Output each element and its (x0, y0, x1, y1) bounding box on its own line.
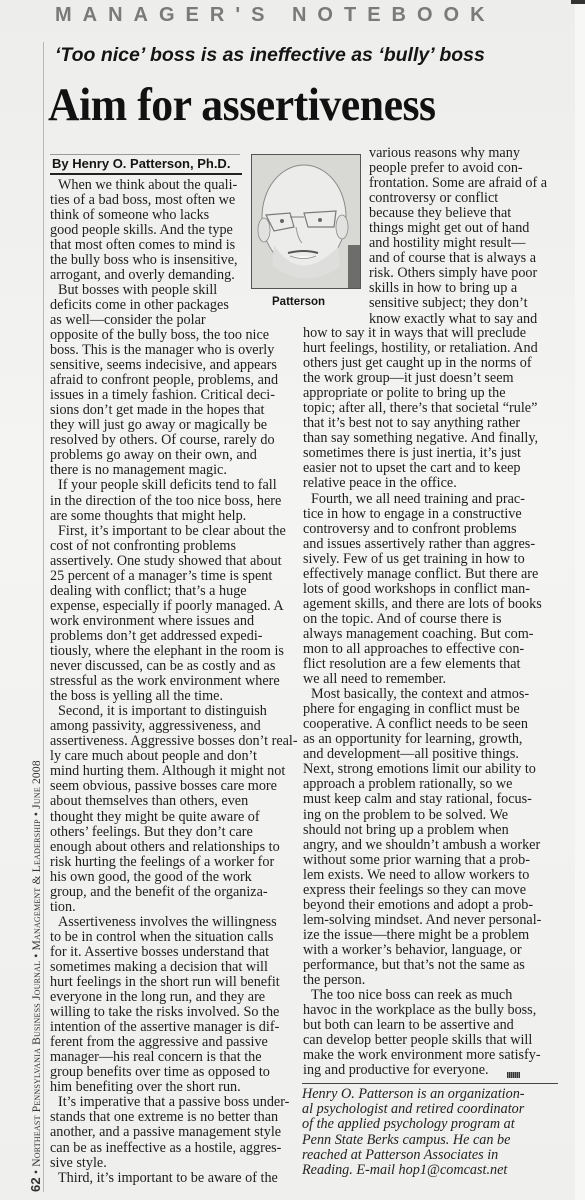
article-line: approach a problem rationally, so we (303, 777, 578, 792)
folio-separator: • (31, 950, 43, 957)
end-of-story-icon (507, 1072, 520, 1078)
article-line: work environment where issues and (50, 614, 300, 629)
article-line: good people skills. And the type (50, 223, 250, 238)
article-line: opposite of the bully boss, the too nice (50, 328, 300, 343)
article-line: because they believe that (369, 206, 579, 221)
article-line: another, and a passive management style (50, 1125, 300, 1140)
article-line: agement skills, and there are lots of bo… (303, 597, 578, 612)
page-folio: 62 • Northeast Pennsylvania Business Jou… (28, 760, 43, 1192)
article-line: sions don’t get made in the hopes that (50, 403, 300, 418)
article-line: Next, strong emotions limit our ability … (303, 762, 578, 777)
article-line: skills in how to bring up a (369, 281, 579, 296)
article-line: First, it’s important to be clear about … (50, 524, 300, 539)
bio-line: Henry O. Patterson is an organization- (302, 1087, 562, 1102)
bio-divider (302, 1083, 558, 1084)
article-line: havoc in the workplace as the bully boss… (303, 1003, 578, 1018)
article-line: cost of not confronting problems (50, 539, 300, 554)
article-line: willing to take the risks involved. So t… (50, 1005, 300, 1020)
column-divider (43, 42, 44, 1192)
article-line: sometimes there is just inertia, it’s ju… (303, 446, 578, 461)
article-line: tice in how to engage in a constructive (303, 507, 578, 522)
article-column-left-top: When we think about the quali-ties of a … (50, 178, 250, 328)
byline: By Henry O. Patterson, Ph.D. (52, 156, 230, 171)
article-line: But bosses with people skill (50, 283, 250, 298)
article-line: Fourth, we all need training and prac- (303, 492, 578, 507)
article-line: and development—all positive things. (303, 747, 578, 762)
article-line: everyone in the long run, and they are (50, 990, 300, 1005)
article-line: problems don’t get addressed expedi- (50, 629, 300, 644)
article-line: always management coaching. But com- (303, 627, 578, 642)
article-line: mon to all approaches to effective con- (303, 642, 578, 657)
article-line: phere for engaging in conflict must be (303, 702, 578, 717)
article-line: assertiveness. Aggressive bosses don’t r… (50, 734, 300, 749)
article-line: think of someone who lacks (50, 208, 250, 223)
article-line: for it. Assertive bosses understand that (50, 945, 300, 960)
article-line: to be in control when the situation call… (50, 930, 300, 945)
article-line: ties of a bad boss, most often we (50, 193, 250, 208)
article-column-right: how to say it in ways that will preclude… (303, 326, 578, 1078)
article-line: but both can learn to be assertive and (303, 1018, 578, 1033)
article-line: that it’s best not to say anything rathe… (303, 416, 578, 431)
article-line: The too nice boss can reek as much (303, 988, 578, 1003)
newspaper-page: MANAGER'S NOTEBOOK ‘Too nice’ boss is as… (0, 0, 585, 1200)
article-line: should not bring up a problem when (303, 823, 578, 838)
article-column-left: opposite of the bully boss, the too nice… (50, 328, 300, 1186)
corner-mark (571, 0, 585, 4)
article-line: relative peace in the office. (303, 476, 578, 491)
article-line: ing on the problem to be solved. We (303, 808, 578, 823)
article-line: hurt feelings in the short run will bene… (50, 975, 300, 990)
article-line: resolved by others. Of course, rarely do (50, 433, 300, 448)
article-line: how to say it in ways that will preclude (303, 326, 578, 341)
article-line: issues in a timely fashion. Critical dec… (50, 388, 300, 403)
article-line: various reasons why many (369, 146, 579, 161)
author-portrait-icon (251, 154, 361, 289)
section-name: Management & Leadership (31, 819, 43, 950)
article-line: ferent from the aggressive and passive (50, 1035, 300, 1050)
article-line: deficits come in other packages (50, 298, 250, 313)
article-line: manager—his real concern is that the (50, 1050, 300, 1065)
article-line: others’ feelings. But they don’t care (50, 825, 300, 840)
article-line: are some thoughts that might help. (50, 509, 300, 524)
author-bio: Henry O. Patterson is an organization-al… (302, 1087, 562, 1178)
article-line: must keep calm and stay rational, focus- (303, 792, 578, 807)
article-line: group, and the benefit of the organiza- (50, 885, 300, 900)
article-line: than say something negative. And finally… (303, 431, 578, 446)
article-column-right-top: various reasons why manypeople prefer to… (369, 146, 579, 327)
article-line: and of course that is always a (369, 251, 579, 266)
bio-line: Reading. E-mail hop1@comcast.net (302, 1163, 562, 1178)
article-line: can develop better people skills that wi… (303, 1033, 578, 1048)
article-line: as an opportunity for learning, growth, (303, 732, 578, 747)
article-line: topic; after all, there’s that societal … (303, 401, 578, 416)
article-line: stressful as the work environment where (50, 674, 300, 689)
article-line: ize the issue—there might be a problem (303, 928, 578, 943)
article-line: about themselves than others, even (50, 794, 300, 809)
article-line: sive style. (50, 1156, 300, 1171)
article-line: mind hurting them. Although it might not (50, 764, 300, 779)
article-line: ing and productive for everyone. (303, 1063, 578, 1078)
photo-caption: Patterson (272, 296, 325, 308)
article-line: beyond their emotions and adopt a prob- (303, 898, 578, 913)
article-line: intention of the assertive manager is di… (50, 1020, 300, 1035)
article-line: in the direction of the too nice boss, h… (50, 494, 300, 509)
article-line: boss. This is the manager who is overly (50, 343, 300, 358)
article-line: others just get caught up in the norms o… (303, 356, 578, 371)
byline-rule-top (50, 154, 240, 155)
article-line: hurt feelings, hostility, or retaliation… (303, 341, 578, 356)
article-line: arrogant, and overly demanding. (50, 268, 250, 283)
article-line: sively. Few of us get training in how to (303, 552, 578, 567)
article-line: and hostility might result— (369, 236, 579, 251)
article-line: angry, and we shouldn’t ambush a worker (303, 838, 578, 853)
article-line: Second, it is important to distinguish (50, 704, 300, 719)
byline-rule (50, 173, 242, 175)
issue-date: June 2008 (31, 760, 43, 809)
article-line: the boss is yelling all the time. (50, 689, 300, 704)
article-line: sensitive, seems indecisive, and appears (50, 358, 300, 373)
article-line: can be as ineffective as a hostile, aggr… (50, 1141, 300, 1156)
article-line: seem obvious, passive bosses care more (50, 779, 300, 794)
article-line: among passivity, aggressiveness, and (50, 719, 300, 734)
article-line: lots of good workshops in conflict man- (303, 582, 578, 597)
article-line: risk hurting the feelings of a worker fo… (50, 855, 300, 870)
article-line: him benefiting over the short run. (50, 1080, 300, 1095)
article-line: stands that one extreme is no better tha… (50, 1110, 300, 1125)
article-line: make the work environment more satisfy- (303, 1048, 578, 1063)
article-line: It’s imperative that a passive boss unde… (50, 1095, 300, 1110)
article-line: without some prior warning that a prob- (303, 853, 578, 868)
article-line: group benefits over time as opposed to (50, 1065, 300, 1080)
deck-headline: ‘Too nice’ boss is as ineffective as ‘bu… (55, 44, 485, 67)
article-line: sometimes making a decision that will (50, 960, 300, 975)
article-line: controversy or conflict (369, 191, 579, 206)
article-line: enough about others and relationships to (50, 840, 300, 855)
article-line: people prefer to avoid con- (369, 161, 579, 176)
article-line: things might get out of hand (369, 221, 579, 236)
article-line: appropriate or polite to bring up the (303, 386, 578, 401)
article-line: cooperative. A conflict needs to be seen (303, 717, 578, 732)
publication-name: Northeast Pennsylvania Business Journal (31, 961, 43, 1167)
article-line: the work group—it just doesn’t seem (303, 371, 578, 386)
bio-line: Penn State Berks campus. He can be (302, 1133, 562, 1148)
article-line: Third, it’s important to be aware of the (50, 1171, 300, 1186)
article-line: his own good, the good of the work (50, 870, 300, 885)
article-line: dealing with conflict; that’s a huge (50, 584, 300, 599)
article-line: tiously, where the elephant in the room … (50, 644, 300, 659)
article-line: never discussed, can be as costly and as (50, 659, 300, 674)
article-line: performance, but that’s not the same as (303, 958, 578, 973)
bio-line: of the applied psychology program at (302, 1117, 562, 1132)
article-line: When we think about the quali- (50, 178, 250, 193)
article-line: tion. (50, 900, 300, 915)
article-line: with a worker’s behavior, language, or (303, 943, 578, 958)
article-line: that most often comes to mind is (50, 238, 250, 253)
article-line: 25 percent of a manager’s time is spent (50, 569, 300, 584)
article-line: we all need to remember. (303, 672, 578, 687)
article-line: Most basically, the context and atmos- (303, 687, 578, 702)
article-line: lem exists. We need to allow workers to (303, 868, 578, 883)
article-line: frontation. Some are afraid of a (369, 176, 579, 191)
article-line: lem-solving mindset. And never personal- (303, 913, 578, 928)
article-line: flict resolution are a few elements that (303, 657, 578, 672)
article-line: there is no management magic. (50, 463, 300, 478)
article-line: If your people skill deficits tend to fa… (50, 478, 300, 493)
page-number: 62 (28, 1177, 43, 1192)
article-line: on the topic. And of course there is (303, 612, 578, 627)
bio-line: al psychologist and retired coordinator (302, 1102, 562, 1117)
page-title: Aim for assertiveness (48, 78, 436, 132)
article-line: Assertiveness involves the willingness (50, 915, 300, 930)
folio-separator: • (31, 809, 43, 816)
article-line: thought they might be quite aware of (50, 810, 300, 825)
article-line: easier not to upset the cart and to keep (303, 461, 578, 476)
article-line: the bully boss who is insensitive, (50, 253, 250, 268)
article-line: ly care much about people and don’t (50, 749, 300, 764)
article-line: and issues assertively rather than aggre… (303, 537, 578, 552)
article-line: express their feelings so they can move (303, 883, 578, 898)
article-line: expense, especially if poorly managed. A (50, 599, 300, 614)
bio-line: reached at Patterson Associates in (302, 1148, 562, 1163)
article-line: problems go away on their own, and (50, 448, 300, 463)
article-line: the person. (303, 973, 578, 988)
section-kicker: MANAGER'S NOTEBOOK (55, 4, 496, 27)
article-line: risk. Others simply have poor (369, 266, 579, 281)
folio-separator: • (31, 1167, 43, 1174)
article-line: they will just go away or magically be (50, 418, 300, 433)
article-line: controversy and to confront problems (303, 522, 578, 537)
article-line: assertively. One study showed that about (50, 554, 300, 569)
article-line: sensitive subject; they don’t (369, 296, 579, 311)
article-line: afraid to confront people, problems, and (50, 373, 300, 388)
article-line: effectively manage conflict. But there a… (303, 567, 578, 582)
